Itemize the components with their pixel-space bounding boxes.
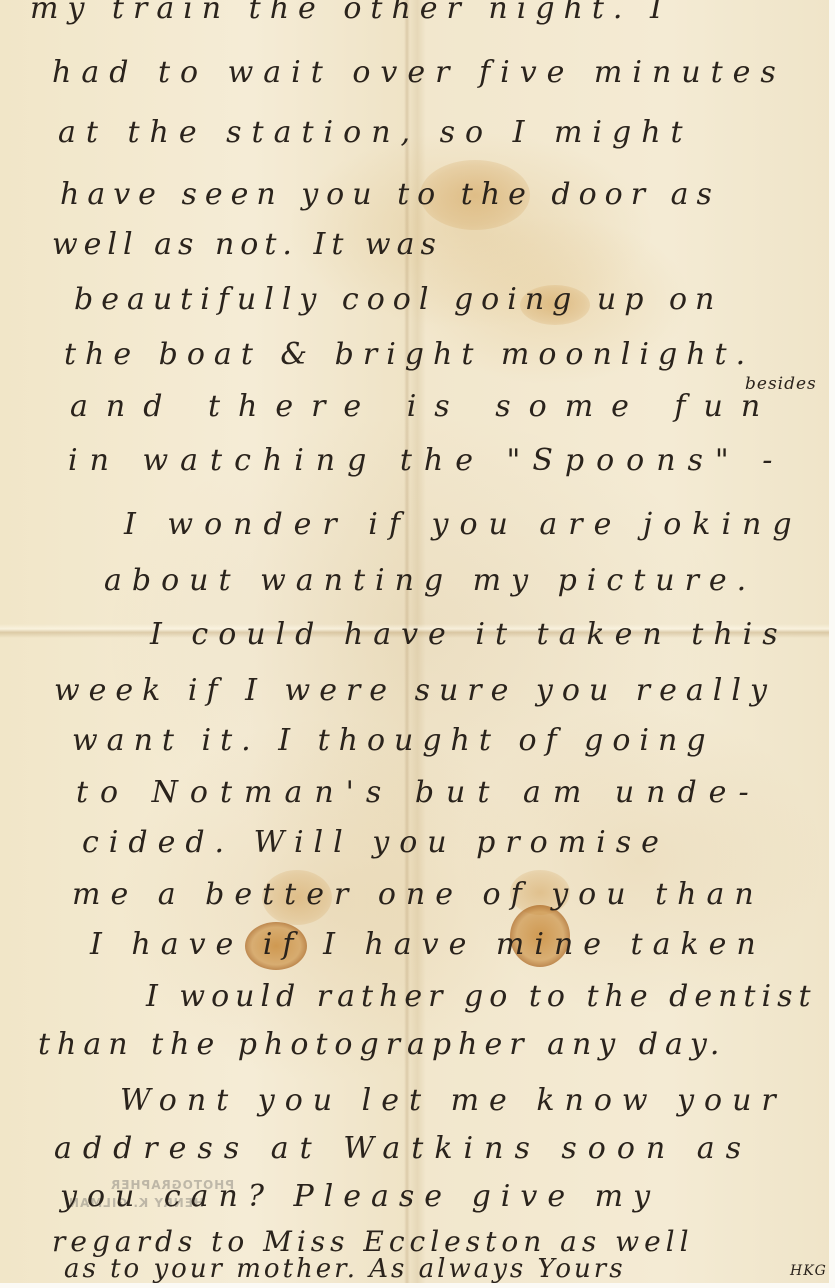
letter-line: at the station, so I might <box>58 118 693 148</box>
paper-edge-bottom <box>0 1283 835 1288</box>
letter-line: cided. Will you promise <box>82 828 669 858</box>
letter-line: I have if I have mine taken <box>90 930 766 960</box>
letter-line: have seen you to the door as <box>60 180 720 210</box>
letter-line: than the photographer any day. <box>38 1030 726 1060</box>
letter-line: my train the other night. I <box>30 0 671 24</box>
letter-page: PHOTOGRAPHER HENRY K. GILMAN my train th… <box>0 0 835 1288</box>
signature-initials: HKG <box>790 1264 827 1278</box>
letter-line: and there is some fun <box>70 392 778 422</box>
letter-line: in watching the "Spoons" - <box>68 446 784 476</box>
letter-line: about wanting my picture. <box>104 566 756 596</box>
letter-line: I wonder if you are joking <box>124 510 803 540</box>
letter-line: you can? Please give my <box>60 1182 660 1212</box>
interlinear-note: besides <box>745 376 817 393</box>
letter-line: regards to Miss Eccleston as well <box>52 1228 694 1256</box>
letter-line: I could have it taken this <box>150 620 788 650</box>
letter-line: well as not. It was <box>52 230 442 260</box>
letter-line: to Notman's but am unde- <box>76 778 761 808</box>
letter-line: had to wait over five minutes <box>52 58 786 88</box>
letter-line: the boat & bright moonlight. <box>64 340 754 370</box>
letter-line: Wont you let me know your <box>120 1086 786 1116</box>
letter-line: I would rather go to the dentist <box>146 982 817 1012</box>
letter-line: as to your mother. As always Yours <box>64 1256 626 1282</box>
letter-line: beautifully cool going up on <box>74 285 722 315</box>
letter-line: want it. I thought of going <box>72 726 715 756</box>
paper-edge-right <box>829 0 835 1288</box>
letter-line: address at Watkins soon as <box>54 1134 752 1164</box>
letter-line: me a better one of you than <box>72 880 764 910</box>
letter-line: week if I were sure you really <box>54 676 776 706</box>
